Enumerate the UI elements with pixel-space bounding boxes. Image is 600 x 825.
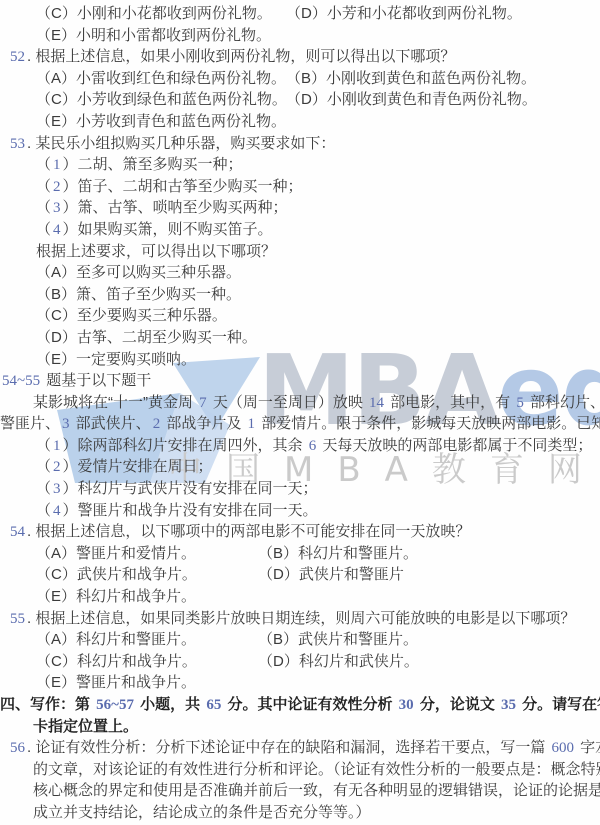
text-line: （E）一定要购买唢呐。 — [0, 349, 600, 371]
text-line: 54~55 题基于以下题干 — [0, 370, 600, 392]
inline-number: 30 — [397, 697, 416, 713]
text-line: （2）爱情片安排在周日； — [0, 456, 600, 478]
option-left: （A）小雷收到红色和绿色两份礼物。 — [36, 68, 286, 90]
inline-number: 53 — [8, 136, 27, 152]
question-line: 54. 根据上述信息，以下哪项中的两部电影不可能安排在同一天放映？ — [0, 521, 600, 543]
inline-number: 4 — [51, 503, 63, 519]
option-right: （D）小芳和小花都收到两份礼物。 — [286, 3, 522, 25]
text-line: （4）警匪片和战争片没有安排在同一天。 — [0, 500, 600, 522]
inline-number: 4 — [51, 222, 63, 238]
exam-document-page: MBAedu 中国MBA教育网 （C）小刚和小花都收到两份礼物。（D）小芳和小花… — [0, 0, 600, 825]
text-line: （1）除两部科幻片安排在周四外，其余 6 天每天放映的两部电影都属于不同类型； — [0, 435, 600, 457]
inline-number: 56 — [8, 740, 27, 756]
question-line: 55. 根据上述信息，如果同类影片放映日期连续，则周六可能放映的电影是以下哪项？ — [0, 608, 600, 630]
option-left: （C）武侠片和战争片。 — [36, 564, 258, 586]
text-line: （D）古筝、二胡至少购买一种。 — [0, 327, 600, 349]
option-left: （C）科幻片和战争片。 — [36, 651, 258, 673]
inline-number: 3 — [60, 416, 72, 432]
question-line: 52. 根据上述信息，如果小刚收到两份礼物，则可以得出以下哪项？ — [0, 46, 600, 68]
option-row: （A）警匪片和爱情片。（B）科幻片和警匪片。 — [0, 543, 600, 565]
inline-number: 5 — [514, 395, 526, 411]
inline-number: 2 — [151, 416, 163, 432]
text-line: （2）笛子、二胡和古筝至少购买一种； — [0, 176, 600, 198]
option-row: （C）武侠片和战争片。（D）武侠片和警匪片 — [0, 564, 600, 586]
option-right: （D）武侠片和警匪片 — [258, 564, 404, 586]
option-left: （A）警匪片和爱情片。 — [36, 543, 258, 565]
inline-number: 600 — [550, 740, 577, 756]
option-row: （C）小芳收到绿色和蓝色两份礼物。（D）小刚收到黄色和青色两份礼物。 — [0, 89, 600, 111]
inline-number: 55 — [8, 611, 27, 627]
option-right: （B）武侠片和警匪片。 — [258, 629, 418, 651]
text-line: （A）至多可以购买三种乐器。 — [0, 262, 600, 284]
text-line: （B）箫、笛子至少购买一种。 — [0, 284, 600, 306]
inline-number: 56~57 — [94, 697, 136, 713]
inline-number: 1 — [51, 438, 63, 454]
text-line: （E）小芳收到青色和蓝色两份礼物。 — [0, 111, 600, 133]
text-line: 根据上述要求，可以得出以下哪项？ — [0, 241, 600, 263]
inline-number: 1 — [246, 416, 258, 432]
option-right: （B）科幻片和警匪片。 — [258, 543, 418, 565]
inline-number: 2 — [51, 179, 63, 195]
inline-number: 2 — [51, 459, 63, 475]
inline-number: 52 — [8, 49, 27, 65]
inline-number: 6 — [307, 438, 319, 454]
option-right: （B）小刚收到黄色和蓝色两份礼物。 — [286, 68, 536, 90]
inline-number: 54~55 — [0, 373, 42, 389]
inline-number: 3 — [51, 200, 63, 216]
question-line: 56. 论证有效性分析：分析下述论证中存在的缺陷和漏洞，选择若干要点，写一篇 6… — [0, 737, 600, 759]
inline-number: 1 — [51, 157, 63, 173]
exam-text-content: （C）小刚和小花都收到两份礼物。（D）小芳和小花都收到两份礼物。（E）小明和小雷… — [0, 0, 600, 824]
option-left: （A）科幻片和警匪片。 — [36, 629, 258, 651]
inline-number: 65 — [204, 697, 223, 713]
text-line: （3）箫、古筝、唢呐至少购买两种； — [0, 197, 600, 219]
inline-number: 14 — [367, 395, 386, 411]
text-line: 四、写作：第 56~57 小题，共 65 分。其中论证有效性分析 30 分，论说… — [0, 694, 600, 716]
text-line: （E）小明和小雷都收到两份礼物。 — [0, 25, 600, 47]
option-row: （C）科幻片和战争片。（D）科幻片和武侠片。 — [0, 651, 600, 673]
inline-number: 35 — [499, 697, 518, 713]
inline-number: 54 — [8, 524, 27, 540]
text-line: （E）科幻片和战争片。 — [0, 586, 600, 608]
text-line: （4）如果购买箫，则不购买笛子。 — [0, 219, 600, 241]
text-line: （E）警匪片和战争片。 — [0, 672, 600, 694]
text-line: 成立并支持结论，结论成立的条件是否充分等等。） — [0, 802, 600, 824]
question-line: 53. 某民乐小组拟购买几种乐器，购买要求如下： — [0, 133, 600, 155]
option-row: （A）科幻片和警匪片。（B）武侠片和警匪片。 — [0, 629, 600, 651]
option-right: （D）小刚收到黄色和青色两份礼物。 — [286, 89, 537, 111]
text-line: （1）二胡、箫至多购买一种； — [0, 154, 600, 176]
option-row: （C）小刚和小花都收到两份礼物。（D）小芳和小花都收到两份礼物。 — [0, 3, 600, 25]
inline-number: 7 — [197, 395, 209, 411]
inline-number: 3 — [51, 481, 63, 497]
text-line: 卡指定位置上。 — [0, 716, 600, 738]
text-line: 的文章，对该论证的有效性进行分析和评论。（论证有效性分析的一般要点是：概念特别是 — [0, 759, 600, 781]
option-row: （A）小雷收到红色和绿色两份礼物。（B）小刚收到黄色和蓝色两份礼物。 — [0, 68, 600, 90]
text-line: 核心概念的界定和使用是否准确并前后一致，有无各种明显的逻辑错误，论证的论据是否 — [0, 780, 600, 802]
text-line: （3）科幻片与武侠片没有安排在同一天； — [0, 478, 600, 500]
option-right: （D）科幻片和武侠片。 — [258, 651, 419, 673]
text-line: （C）至少要购买三种乐器。 — [0, 305, 600, 327]
option-left: （C）小芳收到绿色和蓝色两份礼物。 — [36, 89, 286, 111]
text-line: 某影城将在“十一”黄金周 7 天（周一至周日）放映 14 部电影，其中，有 5 … — [0, 392, 600, 414]
option-left: （C）小刚和小花都收到两份礼物。 — [36, 3, 286, 25]
text-line: 警匪片、3 部武侠片、2 部战争片及 1 部爱情片。限于条件，影城每天放映两部电… — [0, 413, 600, 435]
